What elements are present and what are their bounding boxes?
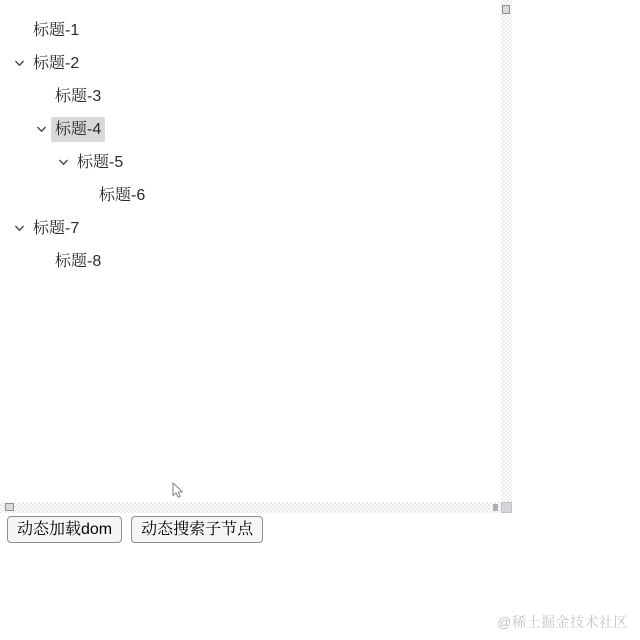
vertical-scrollbar[interactable] <box>501 0 512 502</box>
tree-node-label[interactable]: 标题-8 <box>55 251 101 272</box>
tree-node[interactable]: 标题-6 <box>0 179 512 212</box>
button-bar: 动态加载dom 动态搜索子节点 <box>7 516 263 543</box>
chevron-down-icon[interactable] <box>58 157 77 168</box>
tree-scroll-container: 标题-1 标题-2 标题-3 标题-4 标题-5 <box>0 0 512 513</box>
tree-node[interactable]: 标题-2 <box>0 47 512 80</box>
chevron-down-icon[interactable] <box>14 223 33 234</box>
scrollbar-corner <box>501 502 512 513</box>
horizontal-scrollbar-nub[interactable] <box>493 504 498 511</box>
vertical-scrollbar-thumb[interactable] <box>502 5 510 14</box>
tree-node-label[interactable]: 标题-7 <box>33 218 79 239</box>
horizontal-scrollbar-thumb[interactable] <box>5 503 14 511</box>
load-dom-button[interactable]: 动态加载dom <box>7 516 122 543</box>
tree-node[interactable]: 标题-5 <box>0 146 512 179</box>
tree-node[interactable]: 标题-4 <box>0 113 512 146</box>
tree-node-label[interactable]: 标题-6 <box>99 185 145 206</box>
tree-node-label[interactable]: 标题-1 <box>33 20 79 41</box>
watermark: @稀土掘金技术社区 <box>497 612 628 632</box>
tree-node[interactable]: 标题-8 <box>0 245 512 278</box>
page: 标题-1 标题-2 标题-3 标题-4 标题-5 <box>0 0 640 640</box>
search-children-button[interactable]: 动态搜索子节点 <box>131 516 263 543</box>
tree: 标题-1 标题-2 标题-3 标题-4 标题-5 <box>0 0 512 278</box>
tree-node-label[interactable]: 标题-2 <box>33 53 79 74</box>
horizontal-scrollbar[interactable] <box>0 502 501 513</box>
tree-node-label[interactable]: 标题-3 <box>55 86 101 107</box>
tree-node-label[interactable]: 标题-4 <box>51 117 105 142</box>
chevron-down-icon[interactable] <box>14 58 33 69</box>
tree-node[interactable]: 标题-1 <box>0 14 512 47</box>
tree-node-label[interactable]: 标题-5 <box>77 152 123 173</box>
tree-node[interactable]: 标题-3 <box>0 80 512 113</box>
tree-node[interactable]: 标题-7 <box>0 212 512 245</box>
